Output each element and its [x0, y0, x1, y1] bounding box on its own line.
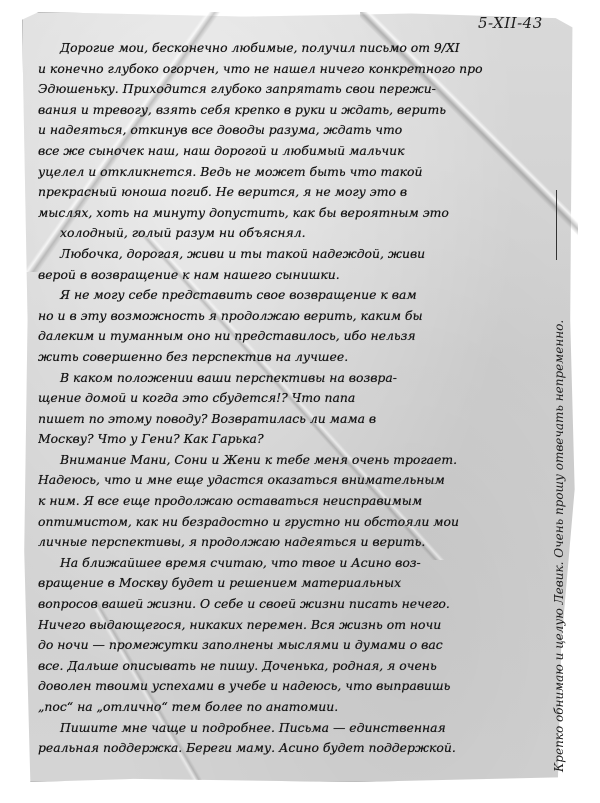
- letter-line: верой в возвращение к нам нашего сынишки…: [38, 265, 548, 286]
- letter-line: прекрасный юноша погиб. Не верится, я не…: [38, 182, 548, 203]
- letter-line: личные перспективы, я продолжаю надеятьс…: [38, 532, 548, 553]
- letter-line: Любочка, дорогая, живи и ты такой надежд…: [38, 244, 548, 265]
- letter-line: и конечно глубоко огорчен, что не нашел …: [38, 59, 548, 80]
- letter-line: и надеяться, откинув все доводы разума, …: [38, 120, 548, 141]
- letter-line: Пишите мне чаще и подробнее. Письма — ед…: [38, 718, 548, 739]
- margin-note-text: Крепко обнимаю и целую Левик. Очень прош…: [552, 320, 566, 772]
- letter-line: жить совершенно без перспектив на лучшее…: [38, 347, 548, 368]
- letter-line: к ним. Я все еще продолжаю оставаться не…: [38, 491, 548, 512]
- letter-line: Москву? Что у Гени? Как Гарька?: [38, 429, 548, 450]
- letter-line: Надеюсь, что и мне еще удастся оказаться…: [38, 470, 548, 491]
- letter-line: вопросов вашей жизни. О себе и своей жиз…: [38, 594, 548, 615]
- letter-line: Я не могу себе представить свое возвраще…: [38, 285, 548, 306]
- letter-line: вращение в Москву будет и решением матер…: [38, 573, 548, 594]
- letter-date: 5-XII-43: [478, 14, 543, 32]
- letter-line: Ничего выдающегося, никаких перемен. Вся…: [38, 615, 548, 636]
- letter-line: реальная поддержка. Береги маму. Асино б…: [38, 738, 548, 759]
- letter-line: холодный, голый разум ни объяснял.: [38, 223, 548, 244]
- letter-line: „пос“ на „отлично“ тем более по анатомии…: [38, 697, 548, 718]
- margin-note-vertical: Крепко обнимаю и целую Левик. Очень прош…: [552, 252, 574, 772]
- letter-line: оптимистом, как ни безрадостно и грустно…: [38, 512, 548, 533]
- letter-line: далеким и туманным оно ни представилось,…: [38, 326, 548, 347]
- letter-line: Дорогие мои, бесконечно любимые, получил…: [38, 38, 548, 59]
- letter-line: все же сыночек наш, наш дорогой и любимы…: [38, 141, 548, 162]
- letter-line: уцелел и откликнется. Ведь не может быть…: [38, 162, 548, 183]
- margin-bracket-line: [556, 190, 557, 260]
- letter-line: доволен твоими успехами в учебе и надеюс…: [38, 676, 548, 697]
- letter-line: На ближайшее время считаю, что твое и Ас…: [38, 553, 548, 574]
- letter-line: до ночи — промежутки заполнены мыслями и…: [38, 635, 548, 656]
- letter-line: Внимание Мани, Сони и Жени к тебе меня о…: [38, 450, 548, 471]
- letter-body: Дорогие мои, бесконечно любимые, получил…: [38, 38, 548, 759]
- letter-line: В каком положении ваши перспективы на во…: [38, 368, 548, 389]
- letter-line: Эдюшеньку. Приходится глубоко запрятать …: [38, 79, 548, 100]
- letter-line: вания и тревогу, взять себя крепко в рук…: [38, 100, 548, 121]
- letter-line: пишет по этому поводу? Возвратилась ли м…: [38, 409, 548, 430]
- letter-line: но и в эту возможность я продолжаю верит…: [38, 306, 548, 327]
- letter-line: щение домой и когда это сбудется!? Что п…: [38, 388, 548, 409]
- letter-line: мыслях, хоть на минуту допустить, как бы…: [38, 203, 548, 224]
- letter-line: все. Дальше описывать не пишу. Доченька,…: [38, 656, 548, 677]
